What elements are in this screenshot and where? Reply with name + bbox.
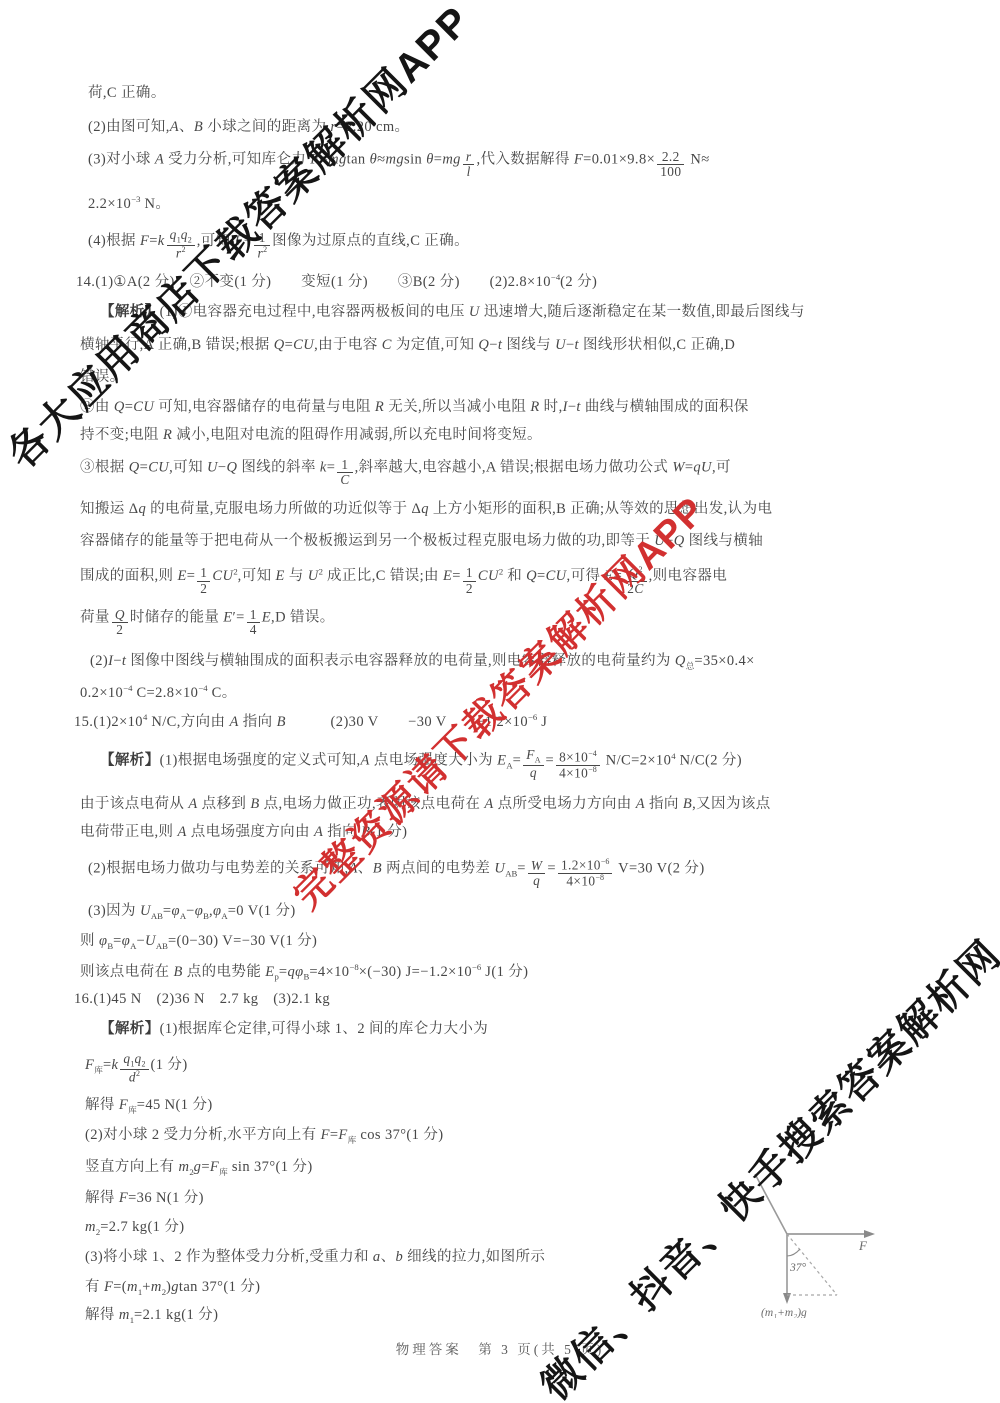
text-line: 有 F=(m1+m2)gtan 37°(1 分) bbox=[85, 1278, 260, 1298]
text-line: 解得 F=36 N(1 分) bbox=[85, 1189, 204, 1207]
text-line: 竖直方向上有 m2g=F库 sin 37°(1 分) bbox=[85, 1158, 313, 1178]
text-line: (2)根据电场力做功与电势差的关系可知,A、B 两点间的电势差 UAB=Wq=1… bbox=[88, 858, 705, 889]
text-line: 则 φB=φA−UAB=(0−30) V=−30 V(1 分) bbox=[80, 932, 317, 952]
text-line: 【解析】(1)根据库仑定律,可得小球 1、2 间的库仑力大小为 bbox=[100, 1020, 488, 1038]
text-line: (2)I−t 图像中图线与横轴围成的面积表示电容器释放的电荷量,则电容器释放的电… bbox=[90, 652, 755, 672]
text-line: 解得 F库=45 N(1 分) bbox=[85, 1096, 213, 1116]
answer-sheet-page: 荷,C 正确。(2)由图可知,A、B 小球之间的距离为 r=2.20 cm。(3… bbox=[0, 0, 1000, 1403]
text-line: 16.(1)45 N (2)36 N 2.7 kg (3)2.1 kg bbox=[74, 990, 330, 1008]
weight-label: (m₁+m₂)g bbox=[761, 1307, 807, 1318]
text-line: F库=kq1q2d2(1 分) bbox=[85, 1052, 188, 1085]
page-footer: 物理答案 第 3 页(共 5 页) bbox=[0, 1338, 1000, 1358]
watermark-social-search: 微信、抖音、快手搜索答案解析网 bbox=[526, 925, 1000, 1403]
text-line: (2)对小球 2 受力分析,水平方向上有 F=F库 cos 37°(1 分) bbox=[85, 1126, 443, 1146]
text-line: 横轴平行,A 正确,B 错误;根据 Q=CU,由于电容 C 为定值,可知 Q−t… bbox=[80, 336, 735, 354]
text-line: m2=2.7 kg(1 分) bbox=[85, 1218, 184, 1238]
text-line: (3)对小球 A 受力分析,可知库仑力 F=mgtan θ≈mgsin θ=mg… bbox=[88, 150, 710, 180]
text-line: 解得 m1=2.1 kg(1 分) bbox=[85, 1306, 218, 1326]
angle-label: 37° bbox=[789, 1262, 807, 1274]
text-line: 0.2×10−4 C=2.8×10−4 C。 bbox=[80, 683, 237, 702]
text-line: 荷,C 正确。 bbox=[88, 84, 166, 102]
text-line: ②由 Q=CU 可知,电容器储存的电荷量与电阻 R 无关,所以当减小电阻 R 时… bbox=[80, 398, 749, 416]
text-line: 荷量Q2时储存的能量 E′=14E,D 错误。 bbox=[80, 608, 335, 638]
text-line: 2.2×10−3 N。 bbox=[88, 194, 170, 213]
text-line: 则该点电荷在 B 点的电势能 Ep=qφB=4×10−8×(−30) J=−1.… bbox=[80, 962, 528, 983]
force-label: F bbox=[858, 1238, 868, 1253]
text-line: 持不变;电阻 R 减小,电阻对电流的阻碍作用减弱,所以充电时间将变短。 bbox=[80, 426, 542, 444]
force-arrowhead bbox=[864, 1230, 875, 1238]
angle-arc bbox=[787, 1249, 800, 1256]
text-line: (3)将小球 1、2 作为整体受力分析,受重力和 a、b 细线的拉力,如图所示 bbox=[85, 1248, 545, 1266]
text-line: ③根据 Q=CU,可知 U−Q 图线的斜率 k=1C,斜率越大,电容越小,A 错… bbox=[80, 458, 731, 488]
text-line: (3)因为 UAB=φA−φB,φA=0 V(1 分) bbox=[88, 902, 296, 922]
